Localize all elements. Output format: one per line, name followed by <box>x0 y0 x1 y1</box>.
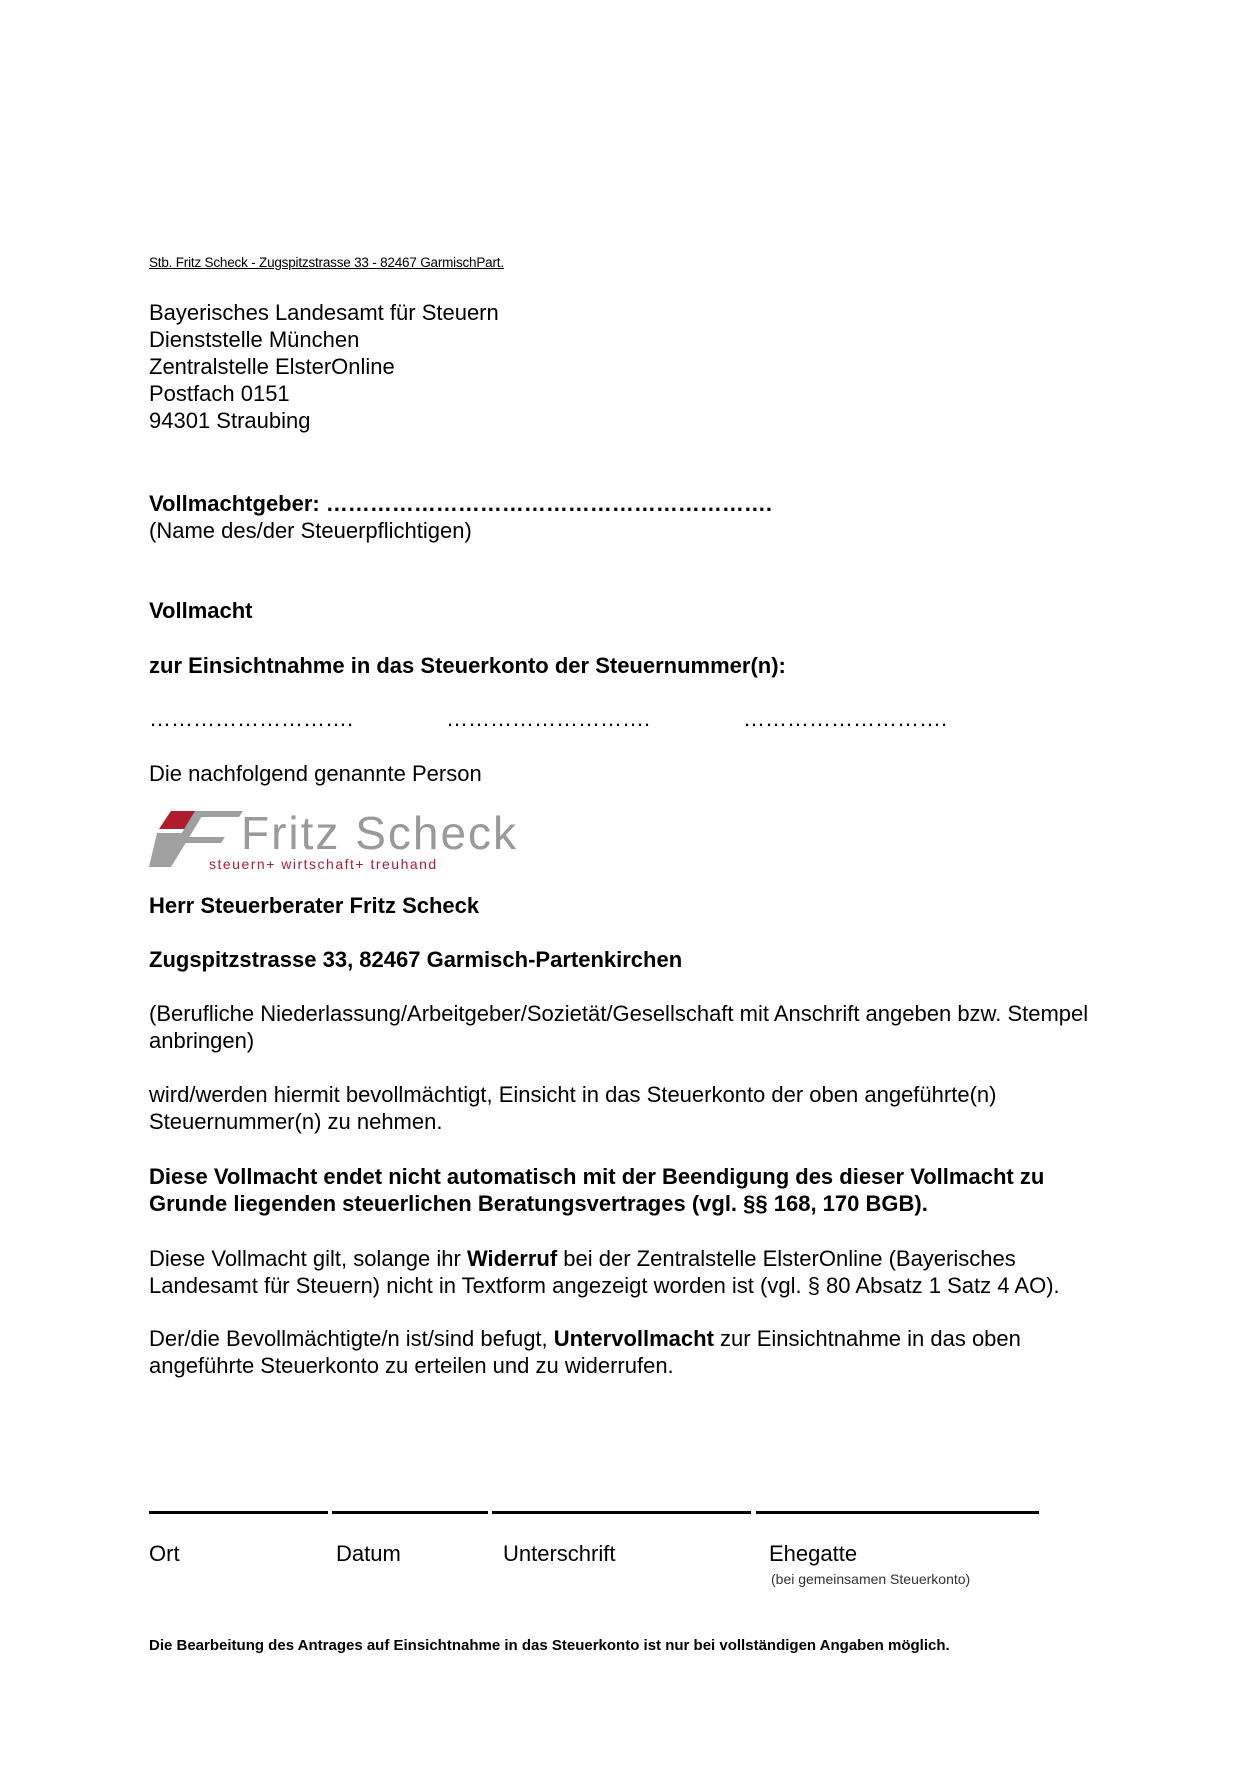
paragraph-termination: Diese Vollmacht endet nicht automatisch … <box>149 1163 1109 1217</box>
paragraph-authorization: wird/werden hiermit bevollmächtigt, Eins… <box>149 1081 1109 1135</box>
subdelegation-text: Der/die Bevollmächtigte/n ist/sind befug… <box>149 1326 554 1351</box>
validity-text: Diese Vollmacht gilt, solange ihr <box>149 1246 467 1271</box>
sender-line: Stb. Fritz Scheck - Zugspitzstrasse 33 -… <box>149 255 504 270</box>
intro-text: Die nachfolgend genannte Person <box>149 760 482 787</box>
signature-line-ort[interactable] <box>149 1511 328 1514</box>
signature-label-unterschrift: Unterschrift <box>503 1541 615 1567</box>
tax-number-field[interactable]: ………………………. <box>743 706 947 732</box>
validity-bold: Widerruf <box>467 1246 557 1271</box>
recipient-address: Bayerisches Landesamt für Steuern Dienst… <box>149 299 499 434</box>
recipient-line: Bayerisches Landesamt für Steuern <box>149 299 499 326</box>
spouse-note: (bei gemeinsamen Steuerkonto) <box>771 1571 970 1587</box>
svg-text:Fritz Scheck: Fritz Scheck <box>241 807 518 859</box>
company-logo: Fritz Scheck steuern+ wirtschaft+ treuha… <box>149 807 579 877</box>
principal-hint: (Name des/der Steuerpflichtigen) <box>149 517 772 544</box>
signature-label-ehegatte: Ehegatte <box>769 1541 857 1567</box>
agent-address: Zugspitzstrasse 33, 82467 Garmisch-Parte… <box>149 946 682 973</box>
paragraph-subdelegation: Der/die Bevollmächtigte/n ist/sind befug… <box>149 1325 1109 1379</box>
recipient-line: Postfach 0151 <box>149 380 499 407</box>
signature-line-unterschrift[interactable] <box>492 1511 751 1514</box>
paragraph-berufliche: (Berufliche Niederlassung/Arbeitgeber/So… <box>149 1000 1109 1054</box>
recipient-line: Zentralstelle ElsterOnline <box>149 353 499 380</box>
footer-note: Die Bearbeitung des Antrages auf Einsich… <box>149 1637 950 1654</box>
recipient-line: Dienststelle München <box>149 326 499 353</box>
recipient-line: 94301 Straubing <box>149 407 499 434</box>
principal-field[interactable]: ……………………………………………………. <box>326 491 772 516</box>
signature-line-datum[interactable] <box>332 1511 488 1514</box>
paragraph-validity: Diese Vollmacht gilt, solange ihr Widerr… <box>149 1245 1109 1299</box>
subdelegation-bold: Untervollmacht <box>554 1326 714 1351</box>
agent-name: Herr Steuerberater Fritz Scheck <box>149 892 479 919</box>
signature-label-ort: Ort <box>149 1541 180 1567</box>
principal-block: Vollmachtgeber: ……………………………………………………. (N… <box>149 490 772 544</box>
signature-label-datum: Datum <box>336 1541 401 1567</box>
signature-line-ehegatte[interactable] <box>756 1511 1039 1514</box>
svg-text:steuern+ wirtschaft+ treuhand: steuern+ wirtschaft+ treuhand <box>209 856 438 872</box>
tax-number-field[interactable]: ………………………. <box>446 706 650 732</box>
principal-label: Vollmachtgeber: <box>149 491 320 516</box>
logo-mark-icon: Fritz Scheck steuern+ wirtschaft+ treuha… <box>149 807 579 877</box>
document-subtitle: zur Einsichtnahme in das Steuerkonto der… <box>149 652 786 679</box>
tax-number-field[interactable]: ………………………. <box>149 706 353 732</box>
document-title: Vollmacht <box>149 597 253 624</box>
